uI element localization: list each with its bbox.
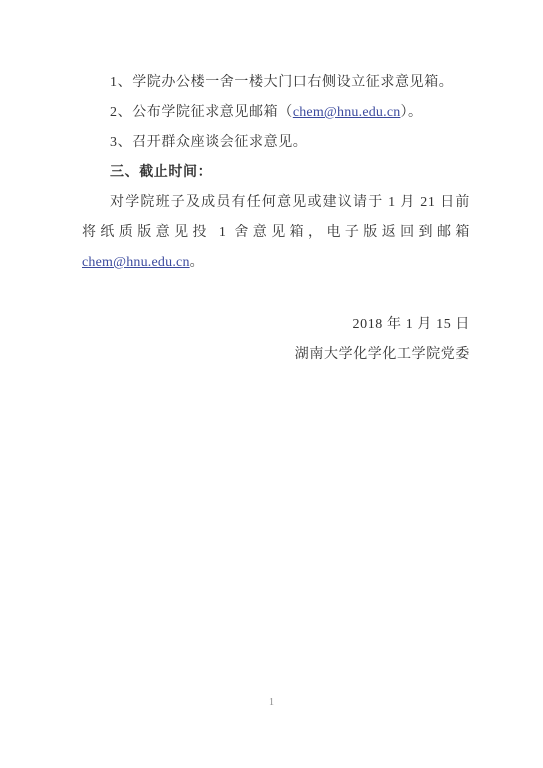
section-heading: 三、截止时间： (82, 158, 470, 188)
date-line: 2018 年 1 月 15 日 (82, 310, 470, 340)
document-page: 1、学院办公楼一舍一楼大门口右侧设立征求意见箱。 2、公布学院征求意见邮箱（ch… (0, 0, 543, 768)
deadline-paragraph-text: 对学院班子及成员有任何意见或建议请于 1 月 21 日前将纸质版意见投 1 舍意… (82, 195, 470, 240)
signoff-block: 2018 年 1 月 15 日 湖南大学化学化工学院党委 (82, 310, 470, 370)
list-item-2-text-after: ）。 (400, 105, 422, 120)
deadline-paragraph: 对学院班子及成员有任何意见或建议请于 1 月 21 日前将纸质版意见投 1 舍意… (82, 188, 470, 278)
organization-line: 湖南大学化学化工学院党委 (82, 340, 470, 370)
list-item-3: 3、召开群众座谈会征求意见。 (82, 128, 470, 158)
page-number: 1 (0, 696, 543, 710)
email-link[interactable]: chem@hnu.edu.cn (293, 105, 401, 120)
email-link[interactable]: chem@hnu.edu.cn (82, 255, 190, 270)
list-item-2: 2、公布学院征求意见邮箱（chem@hnu.edu.cn）。 (82, 98, 470, 128)
deadline-paragraph-text-after: 。 (190, 255, 205, 270)
document-body: 1、学院办公楼一舍一楼大门口右侧设立征求意见箱。 2、公布学院征求意见邮箱（ch… (82, 68, 470, 278)
list-item-1: 1、学院办公楼一舍一楼大门口右侧设立征求意见箱。 (82, 68, 470, 98)
list-item-2-text: 2、公布学院征求意见邮箱（ (110, 105, 293, 120)
